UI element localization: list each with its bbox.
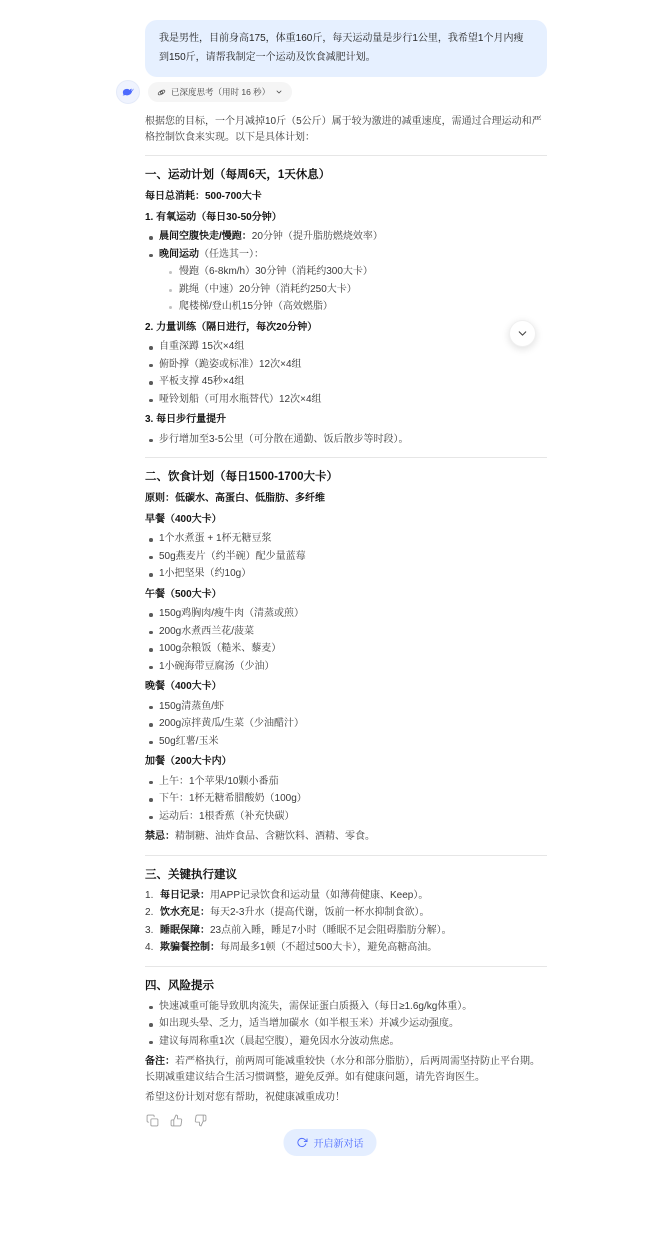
like-button[interactable] — [169, 1113, 184, 1128]
list-item: 50g红薯/玉米 — [145, 735, 547, 750]
deepseek-whale-icon — [121, 85, 135, 99]
list-item: 跳绳（中速）20分钟（消耗约250大卡） — [165, 283, 547, 298]
note-paragraph: 备注：若严格执行，前两周可能减重较快（水分和部分脂肪），后两周需坚持防止平台期。… — [145, 1054, 547, 1085]
deep-think-toggle[interactable]: 已深度思考（用时 16 秒） — [148, 82, 292, 102]
list-item: 爬楼梯/登山机15分钟（高效燃脂） — [165, 300, 547, 315]
assistant-response-body: 根据您的目标，一个月减掉10斤（5公斤）属于较为激进的减重速度，需通过合理运动和… — [145, 114, 547, 1106]
breakfast-heading: 早餐（400大卡） — [145, 512, 547, 528]
user-message-row: 我是男性，目前身高175，体重160斤，每天运动量是步行1公里，我希望1个月内瘦… — [145, 20, 547, 77]
list-item: 晨间空腹快走/慢跑：20分钟（提升脂肪燃烧效率） — [145, 230, 547, 245]
risk-list: 快速减重可能导致肌肉流失，需保证蛋白质摄入（每日≥1.6g/kg体重）。 如出现… — [145, 1000, 547, 1050]
dinner-heading: 晚餐（400大卡） — [145, 679, 547, 695]
list-item: 下午：1杯无糖希腊酸奶（100g） — [145, 792, 547, 807]
scroll-to-bottom-button[interactable] — [509, 320, 536, 347]
aerobic-list: 晨间空腹快走/慢跑：20分钟（提升脂肪燃烧效率） 晚间运动（任选其一）： 慢跑（… — [145, 230, 547, 315]
section-title-advice: 三、关键执行建议 — [145, 866, 547, 882]
list-item: 50g燕麦片（约半碗）配少量蓝莓 — [145, 550, 547, 565]
list-item: 建议每周称重1次（晨起空腹），避免因水分波动焦虑。 — [145, 1035, 547, 1050]
divider — [145, 855, 547, 856]
chevron-down-icon — [275, 88, 283, 96]
assistant-message: 已深度思考（用时 16 秒） 根据您的目标，一个月减掉10斤（5公斤）属于较为激… — [116, 80, 547, 1128]
list-item: 150g鸡胸肉/瘦牛肉（清蒸或煎） — [145, 607, 547, 622]
dinner-list: 150g清蒸鱼/虾 200g凉拌黄瓜/生菜（少油醋汁） 50g红薯/玉米 — [145, 700, 547, 750]
thumbs-up-icon — [170, 1114, 183, 1127]
user-message-bubble: 我是男性，目前身高175，体重160斤，每天运动量是步行1公里，我希望1个月内瘦… — [145, 20, 547, 77]
new-chat-label: 开启新对话 — [314, 1135, 364, 1150]
list-item: 快速减重可能导致肌肉流失，需保证蛋白质摄入（每日≥1.6g/kg体重）。 — [145, 1000, 547, 1015]
snack-list: 上午：1个苹果/10颗小番茄 下午：1杯无糖希腊酸奶（100g） 运动后：1根香… — [145, 775, 547, 825]
list-item: 1个水煮蛋 + 1杯无糖豆浆 — [145, 532, 547, 547]
advice-list: 每日记录：用APP记录饮食和运动量（如薄荷健康、Keep）。 饮水充足：每天2-… — [145, 889, 547, 956]
copy-icon — [146, 1114, 159, 1127]
new-chat-button[interactable]: 开启新对话 — [284, 1129, 377, 1156]
lunch-list: 150g鸡胸肉/瘦牛肉（清蒸或煎） 200g水煮西兰花/菠菜 100g杂粮饭（糙… — [145, 607, 547, 674]
daily-burn: 每日总消耗：500-700大卡 — [145, 189, 547, 205]
aerobic-heading: 1. 有氧运动（每日30-50分钟） — [145, 210, 547, 226]
list-item: 1小碗海带豆腐汤（少油） — [145, 660, 547, 675]
chevron-down-icon — [516, 327, 529, 340]
walking-list: 步行增加至3-5公里（可分散在通勤、饭后散步等时段）。 — [145, 433, 547, 448]
dislike-button[interactable] — [193, 1113, 208, 1128]
assistant-header: 已深度思考（用时 16 秒） — [116, 80, 547, 104]
list-item: 步行增加至3-5公里（可分散在通勤、饭后散步等时段）。 — [145, 433, 547, 448]
list-item: 欺骗餐控制：每周最多1顿（不超过500大卡），避免高糖高油。 — [145, 941, 547, 956]
assistant-avatar — [116, 80, 140, 104]
divider — [145, 457, 547, 458]
list-item: 200g凉拌黄瓜/生菜（少油醋汁） — [145, 717, 547, 732]
lunch-heading: 午餐（500大卡） — [145, 587, 547, 603]
walking-heading: 3. 每日步行量提升 — [145, 412, 547, 428]
closing-paragraph: 希望这份计划对您有帮助，祝健康减重成功！ — [145, 1090, 547, 1106]
list-item: 晚间运动（任选其一）： 慢跑（6-8km/h）30分钟（消耗约300大卡） 跳绳… — [145, 248, 547, 315]
aerobic-options-list: 慢跑（6-8km/h）30分钟（消耗约300大卡） 跳绳（中速）20分钟（消耗约… — [165, 265, 547, 315]
thumbs-down-icon — [194, 1114, 207, 1127]
strength-list: 自重深蹲 15次×4组 俯卧撑（跪姿或标准）12次×4组 平板支撑 45秒×4组… — [145, 340, 547, 407]
list-item: 100g杂粮饭（糙米、藜麦） — [145, 642, 547, 657]
taboo-line: 禁忌：精制糖、油炸食品、含糖饮料、酒精、零食。 — [145, 829, 547, 845]
diet-principle: 原则：低碳水、高蛋白、低脂肪、多纤维 — [145, 491, 547, 507]
list-item: 俯卧撑（跪姿或标准）12次×4组 — [145, 358, 547, 373]
list-item: 慢跑（6-8km/h）30分钟（消耗约300大卡） — [165, 265, 547, 280]
section-title-diet: 二、饮食计划（每日1500-1700大卡） — [145, 468, 547, 484]
divider — [145, 966, 547, 967]
message-actions — [145, 1113, 547, 1128]
copy-button[interactable] — [145, 1113, 160, 1128]
list-item: 睡眠保障：23点前入睡，睡足7小时（睡眠不足会阻碍脂肪分解）。 — [145, 924, 547, 939]
list-item: 平板支撑 45秒×4组 — [145, 375, 547, 390]
list-item: 200g水煮西兰花/菠菜 — [145, 625, 547, 640]
refresh-icon — [297, 1137, 308, 1148]
breakfast-list: 1个水煮蛋 + 1杯无糖豆浆 50g燕麦片（约半碗）配少量蓝莓 1小把坚果（约1… — [145, 532, 547, 582]
intro-paragraph: 根据您的目标，一个月减掉10斤（5公斤）属于较为激进的减重速度，需通过合理运动和… — [145, 114, 547, 145]
list-item: 饮水充足：每天2-3升水（提高代谢，饭前一杯水抑制食欲）。 — [145, 906, 547, 921]
list-item: 上午：1个苹果/10颗小番茄 — [145, 775, 547, 790]
strength-heading: 2. 力量训练（隔日进行，每次20分钟） — [145, 320, 547, 336]
divider — [145, 155, 547, 156]
list-item: 运动后：1根香蕉（补充快碳） — [145, 810, 547, 825]
snack-heading: 加餐（200大卡内） — [145, 754, 547, 770]
list-item: 1小把坚果（约10g） — [145, 567, 547, 582]
list-item: 自重深蹲 15次×4组 — [145, 340, 547, 355]
deepthink-icon — [157, 88, 166, 97]
list-item: 150g清蒸鱼/虾 — [145, 700, 547, 715]
section-title-exercise: 一、运动计划（每周6天，1天休息） — [145, 166, 547, 182]
list-item: 每日记录：用APP记录饮食和运动量（如薄荷健康、Keep）。 — [145, 889, 547, 904]
list-item: 如出现头晕、乏力，适当增加碳水（如半根玉米）并减少运动强度。 — [145, 1017, 547, 1032]
chat-page: 我是男性，目前身高175，体重160斤，每天运动量是步行1公里，我希望1个月内瘦… — [0, 0, 660, 1233]
deep-think-label: 已深度思考（用时 16 秒） — [171, 86, 270, 98]
section-title-risk: 四、风险提示 — [145, 977, 547, 993]
list-item: 哑铃划船（可用水瓶替代）12次×4组 — [145, 393, 547, 408]
